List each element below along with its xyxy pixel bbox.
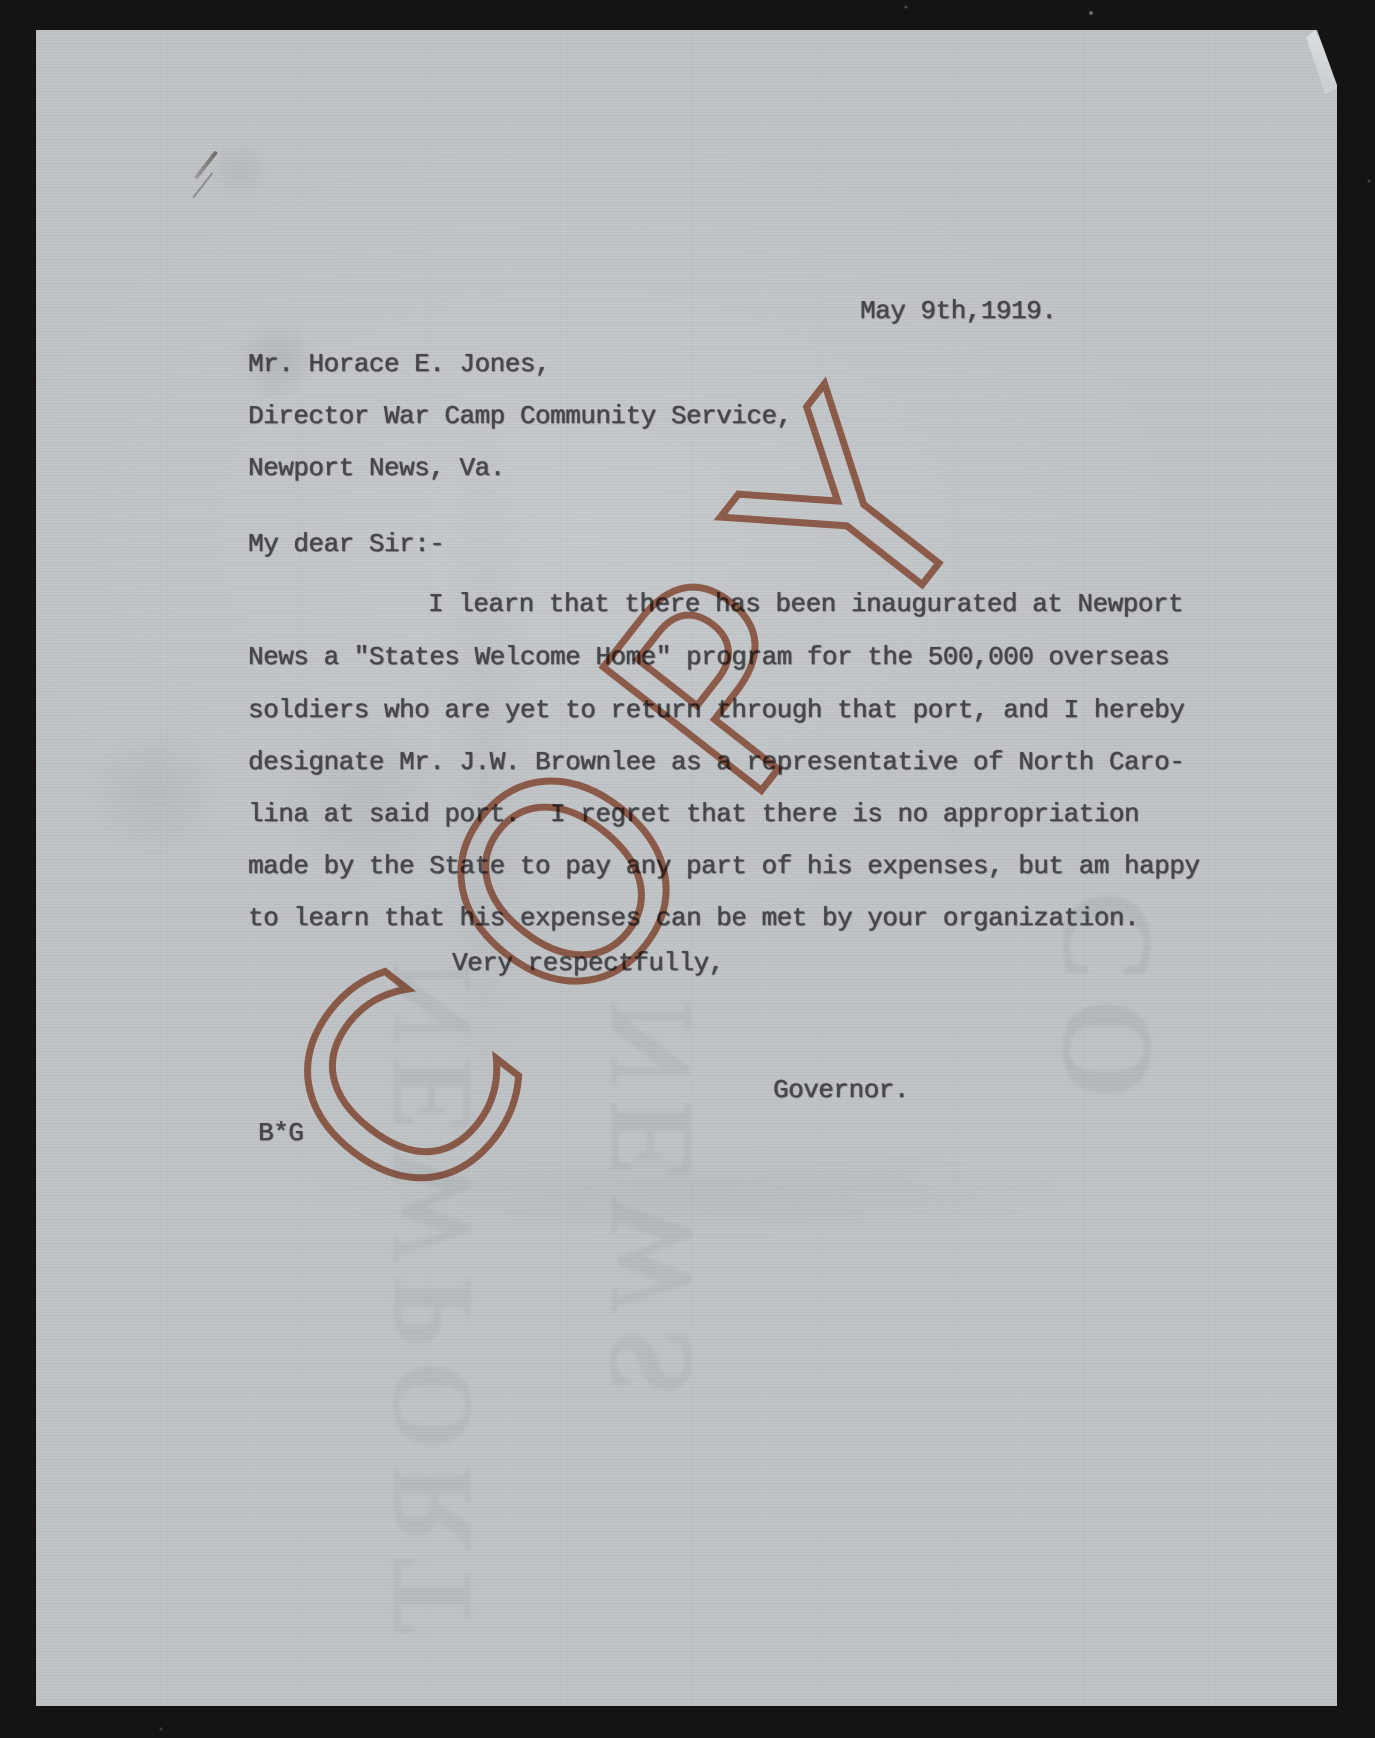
scanner-dust-specks <box>0 0 2 2</box>
date-line: May 9th,1919. <box>860 296 1056 326</box>
body-line: to learn that his expenses can be met by… <box>248 903 1139 933</box>
letter-body: May 9th,1919. Mr. Horace E. Jones, Direc… <box>36 30 1337 1706</box>
body-line: News a "States Welcome Home" program for… <box>248 642 1169 672</box>
letter-paper: NEWPORT NEWS CO May 9th,1919. Mr. Horace… <box>36 30 1337 1706</box>
recipient-title-line: Director War Camp Community Service, <box>248 401 792 431</box>
body-line: I learn that there has been inaugurated … <box>428 589 1183 619</box>
body-line: made by the State to pay any part of his… <box>248 851 1199 881</box>
body-line: designate Mr. J.W. Brownlee as a represe… <box>248 747 1184 777</box>
typist-initials-line: B*G <box>258 1118 303 1148</box>
scanned-letter-page: { "document": { "kind": "typewritten-let… <box>0 0 1375 1738</box>
recipient-name-line: Mr. Horace E. Jones, <box>248 349 550 379</box>
salutation-line: My dear Sir:- <box>248 529 444 559</box>
closing-line: Very respectfully, <box>452 948 724 978</box>
recipient-city-line: Newport News, Va. <box>248 453 505 483</box>
body-line: lina at said port. I regret that there i… <box>248 799 1139 829</box>
signature-title-line: Governor. <box>773 1075 909 1105</box>
body-line: soldiers who are yet to return through t… <box>248 695 1184 725</box>
